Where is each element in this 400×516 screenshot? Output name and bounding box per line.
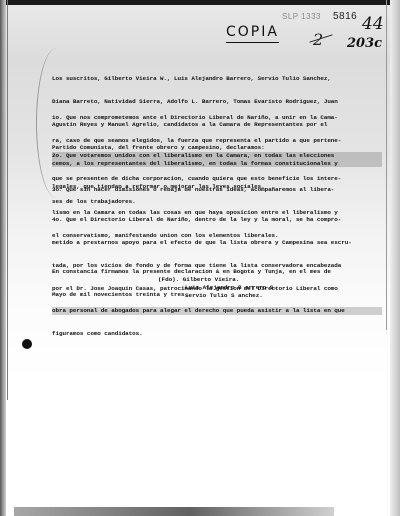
margin-line-left: [7, 0, 8, 400]
text-line: metido a prestarnos apoyo para el efecto…: [52, 239, 382, 247]
signatory-name: Luis Alejandro B arrero S.: [185, 284, 277, 292]
text-line: figuramos como candidatos.: [52, 330, 382, 338]
margin-line-right: [386, 0, 387, 330]
scan-bottom-smear: [14, 507, 334, 516]
text-line: 3o. Que sin hacer dimisiones o rebaja de…: [52, 186, 382, 194]
text-line: Los suscritos, Gilberto Vieira W., Luis …: [52, 75, 382, 83]
text-line: 4o. Que el Directorio Liberal de Nariño,…: [52, 216, 382, 224]
scanned-document-page: SLP 1333 5816 44 2 203c COPIA Los suscri…: [0, 0, 400, 516]
scan-right-edge: [390, 0, 400, 516]
punch-hole: [22, 339, 32, 349]
text-line: En constancia firmamos la presente decla…: [52, 268, 382, 276]
signature-line-1: (Fdo). Gilberto Vieira.: [158, 276, 239, 284]
text-line: 1o. Que nos comprometemos ante el Direct…: [52, 114, 382, 122]
text-line: 2o. Que votaremos unidos con el liberali…: [52, 152, 382, 160]
signature-prefix: (Fdo).: [158, 276, 179, 283]
signatory-name: Servio Tulio S anchez.: [185, 292, 263, 300]
signatory-name: Gilberto Vieira.: [183, 276, 240, 283]
handwritten-struck-number: 2: [313, 30, 323, 49]
scan-top-edge: [0, 0, 400, 5]
archive-stamp: SLP 1333: [282, 12, 321, 21]
handwritten-reference: 203c: [347, 36, 382, 51]
document-number: 5816: [333, 11, 357, 22]
document-title: COPIA: [226, 24, 279, 43]
scan-left-edge: [0, 0, 6, 516]
handwritten-folio: 44: [362, 14, 384, 34]
